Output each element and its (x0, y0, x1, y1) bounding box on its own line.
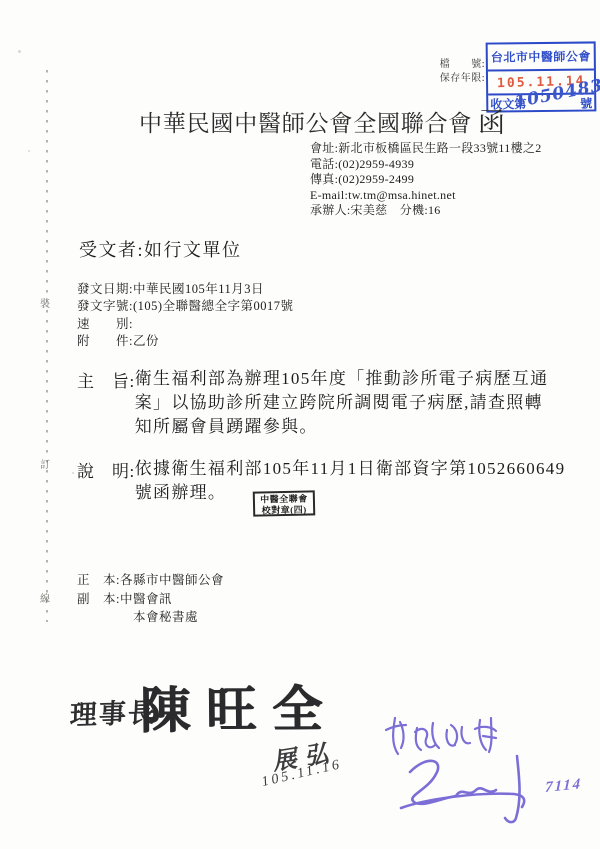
proofreading-stamp: 中醫全聯會 校對章(四) (253, 490, 316, 516)
subject-line: 衛生福利部為辦理105年度「推動診所電子病歷互通 (135, 367, 549, 391)
contact-fax: 傳真:(02)2959-2499 (310, 172, 542, 188)
proof-stamp-line1: 中醫全聯會 (255, 493, 313, 505)
blue-handwritten-number: 7114 (545, 776, 583, 797)
received-stamp-org: 台北市中醫師公會 (488, 43, 594, 71)
copies-block: 正 本:各縣市中醫師公會 副 本:中醫會訊 本會秘書處 (77, 571, 224, 627)
original-copy-line: 正 本:各縣市中醫師公會 (77, 571, 224, 590)
chairman-name-calligraphy: 陳旺全 (140, 669, 339, 743)
contact-address: 會址:新北市板橋區民生路一段33號11樓之2 (310, 141, 542, 157)
issue-number-line: 發文字號:(105)全聯醫總全字第0017號 (77, 298, 294, 315)
description-line: 依據衛生福利部105年11月1日衛部資字第1052660649 (135, 457, 566, 481)
description-line: 號函辦理。 (135, 481, 566, 505)
description-label: 說 明: (77, 457, 135, 482)
proof-stamp-line2: 校對章(四) (255, 504, 313, 516)
file-no-label: 檔 號: (440, 58, 485, 72)
scan-speck (72, 472, 74, 474)
scan-speck (18, 50, 21, 53)
contact-block: 會址:新北市板橋區民生路一段33號11樓之2 電話:(02)2959-4939 … (310, 141, 542, 219)
recipient-line: 受文者:如行文單位 (79, 236, 242, 262)
binding-char-ding: 訂 (40, 456, 50, 471)
subject-paragraph: 主 旨: 衛生福利部為辦理105年度「推動診所電子病歷互通 案」以協助診所建立跨… (77, 367, 548, 439)
description-paragraph: 說 明: 依據衛生福利部105年11月1日衛部資字第1052660649 號函辦… (77, 457, 565, 505)
file-labels: 檔 號: 保存年限: (440, 58, 485, 86)
retention-label: 保存年限: (440, 72, 485, 86)
subject-line: 知所屬會員踴躍參與。 (135, 415, 549, 439)
issue-date-line: 發文日期:中華民國105年11月3日 (77, 281, 294, 298)
contact-email: E-mail:tw.tm@msa.hinet.net (310, 188, 542, 204)
binding-dotted-line (46, 70, 48, 622)
organization-title: 中華民國中醫師公會全國聯合會 (139, 105, 472, 138)
subject-label: 主 旨: (77, 367, 135, 392)
scan-speck (28, 150, 30, 152)
contact-handler: 承辦人:宋美慈 分機:16 (310, 203, 542, 219)
doc-type-letter: 函 (478, 101, 505, 140)
subject-line: 案」以協助診所建立跨院所調閱電子病歷,請查照轉 (135, 391, 549, 415)
binding-char-zhuang: 裝 (40, 295, 50, 310)
blue-signature-scribble (396, 752, 551, 826)
contact-phone: 電話:(02)2959-4939 (310, 157, 542, 173)
cc-copy-line2: 本會秘書處 (77, 608, 224, 627)
binding-char-xian: 線 (40, 590, 50, 605)
attachment-line: 附 件:乙份 (77, 333, 294, 350)
cc-copy-line: 副 本:中醫會訊 (77, 590, 224, 609)
meta-block: 發文日期:中華民國105年11月3日 發文字號:(105)全聯醫總全字第0017… (77, 281, 294, 351)
scanned-official-letter: 裝 訂 線 檔 號: 保存年限: 台北市中醫師公會 105.11.14 收文第 … (0, 0, 600, 849)
speed-class-line: 速 別: (77, 316, 294, 333)
